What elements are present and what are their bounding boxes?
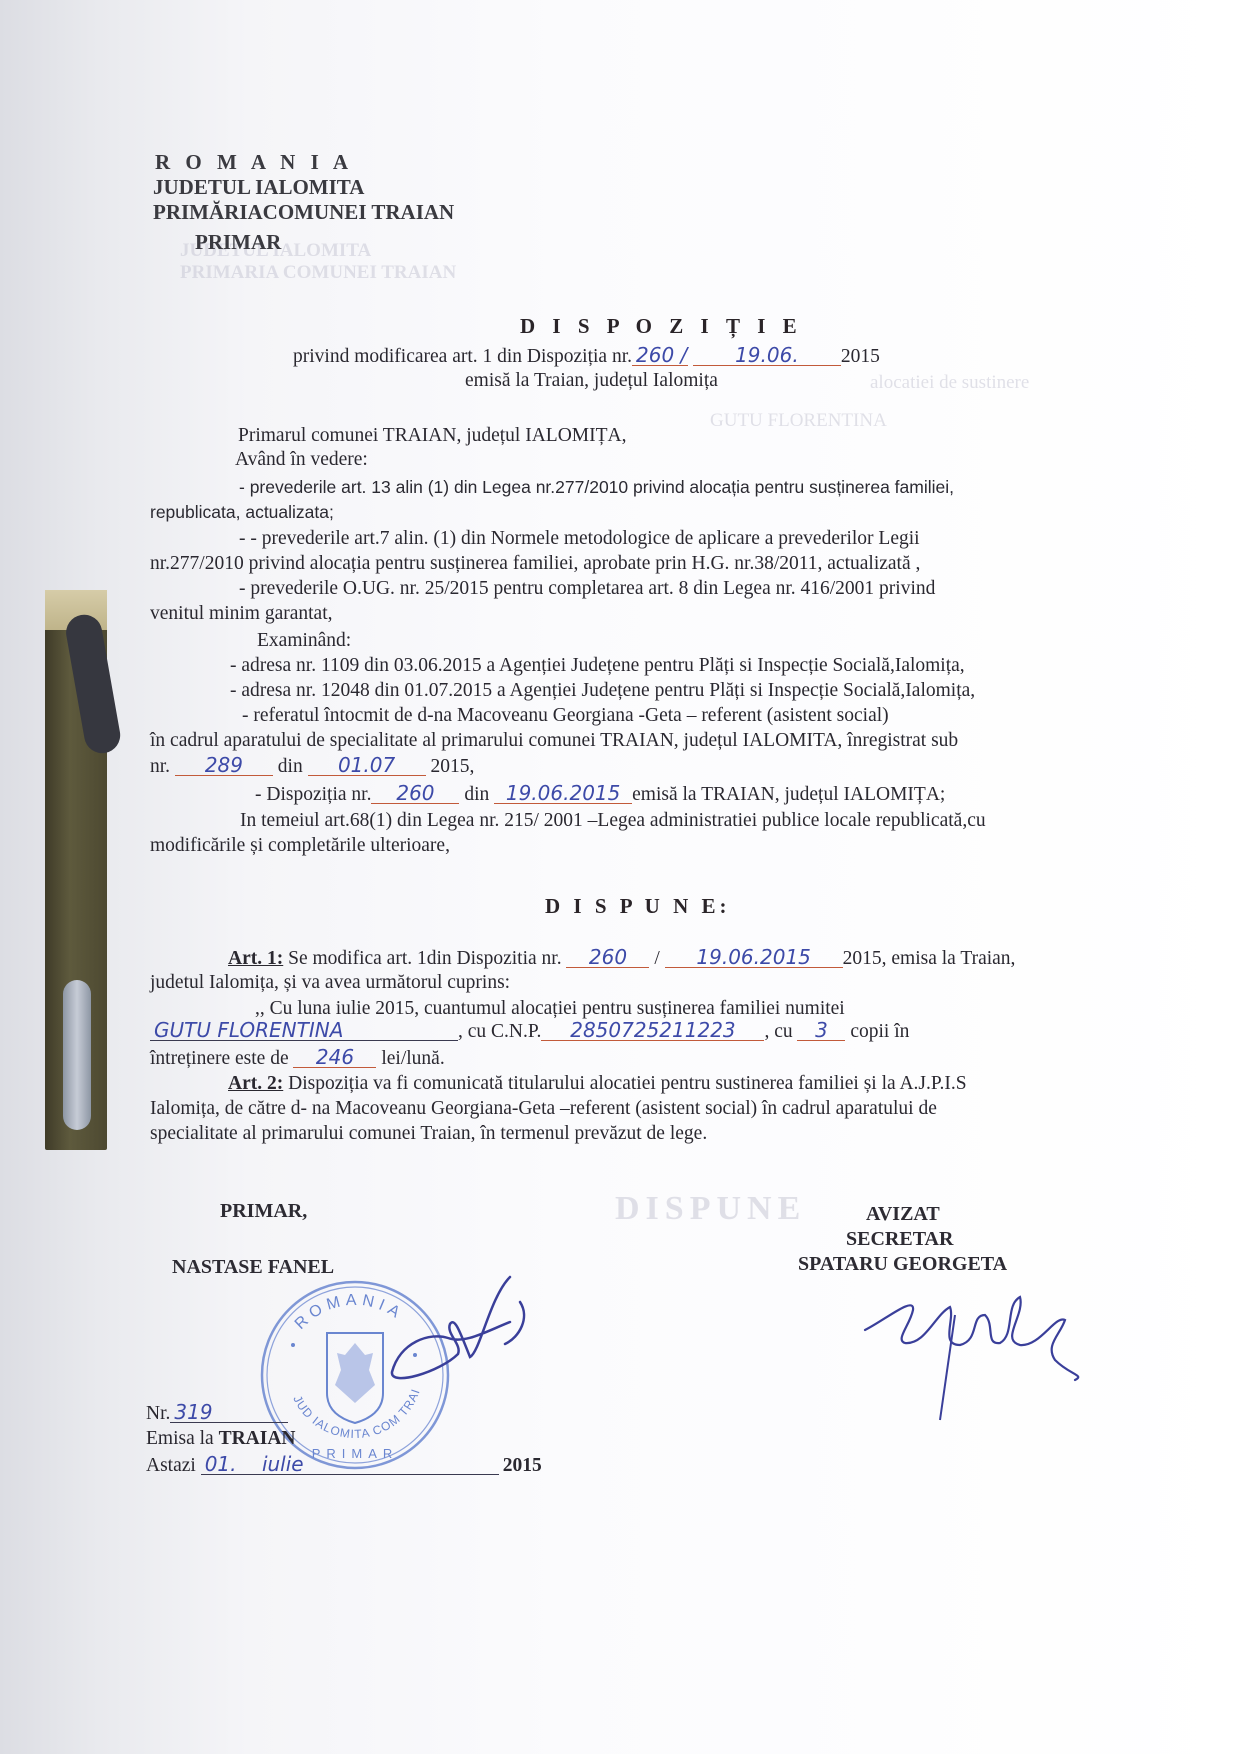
issued-place: Emisa la TRAIAN	[146, 1428, 296, 1450]
mayor-signature	[370, 1262, 540, 1402]
legal-item-2-line2: nr.277/2010 privind alocația pentru susț…	[150, 553, 920, 575]
issue-date: Astazi 01. iulie2015	[146, 1454, 542, 1477]
document-ref-1: - adresa nr. 1109 din 03.06.2015 a Agenț…	[230, 655, 965, 677]
referat-nr-label: nr.	[150, 756, 170, 777]
children-label: , cu	[764, 1021, 792, 1042]
nr-label: Nr.	[146, 1403, 170, 1424]
legal-basis-line2: modificările și completările ulterioare,	[150, 835, 450, 857]
legal-item-3-line1: - prevederile O.UG. nr. 25/2015 pentru c…	[239, 578, 935, 600]
nr-value: 319	[170, 1402, 288, 1423]
cnp-label: , cu C.N.P.	[458, 1021, 541, 1042]
allowance-amount: 246	[293, 1047, 376, 1068]
disp-label: - Dispoziția nr.	[255, 784, 371, 805]
referat-year: 2015,	[430, 756, 474, 777]
art2-label: Art. 2:	[228, 1073, 283, 1094]
subtitle-prefix: privind modificarea art. 1 din Dispoziți…	[293, 346, 632, 367]
art2-line1: Dispoziția va fi comunicată titularului …	[283, 1073, 966, 1094]
subtitle-year: 2015	[841, 346, 880, 367]
legal-item-2-line1: - - prevederile art.7 alin. (1) din Norm…	[239, 528, 920, 550]
legal-basis-line1: In temeiul art.68(1) din Legea nr. 215/ …	[240, 810, 986, 832]
article-2: Art. 2: Dispoziția va fi comunicată titu…	[228, 1073, 967, 1095]
amount-prefix: întreținere este de	[150, 1048, 289, 1069]
art2-line2: Ialomița, de către d- na Macoveanu Georg…	[150, 1098, 937, 1120]
art1-text: Se modifica art. 1din Dispozitia nr.	[283, 948, 561, 969]
considering-label: Având în vedere:	[235, 449, 368, 471]
mayor-title: PRIMAR,	[220, 1200, 307, 1223]
secretary-signature	[855, 1285, 1095, 1425]
registration-number: Nr.319	[146, 1402, 288, 1425]
header-country: R O M A N I A	[155, 150, 353, 175]
binder-clip	[45, 590, 107, 1150]
art1-quote: ,, Cu luna iulie 2015, cuantumul alocați…	[255, 998, 845, 1020]
legal-item-1-line1: - prevederile art. 13 alin (1) din Legea…	[239, 477, 954, 498]
referat-continuation: în cadrul aparatului de specialitate al …	[150, 730, 958, 752]
amount-suffix: lei/lună.	[381, 1048, 444, 1069]
bleed-through-text: GUTU FLORENTINA	[710, 410, 887, 432]
children-suffix: copii în	[850, 1021, 909, 1042]
amount-line: întreținere este de 246 lei/lună.	[150, 1047, 445, 1070]
beneficiary-cnp: 2850725211223	[541, 1020, 764, 1041]
date-label: Astazi	[146, 1455, 196, 1476]
date-day: 01.	[205, 1452, 237, 1476]
secretary-title: SECRETAR	[846, 1228, 953, 1251]
header-office: PRIMAR	[195, 230, 281, 255]
disp-number: 260	[371, 783, 459, 804]
art1-suffix: 2015, emisa la Traian,	[843, 948, 1016, 969]
mayor-line: Primarul comunei TRAIAN, județul IALOMIȚ…	[238, 425, 627, 447]
art1-number: 260	[566, 947, 649, 968]
art1-label: Art. 1:	[228, 948, 283, 969]
issued-at: emisă la Traian, județul Ialomița	[465, 370, 718, 392]
document-ref-3: - referatul întocmit de d-na Macoveanu G…	[242, 705, 889, 727]
secretary-name: SPATARU GEORGETA	[798, 1253, 1007, 1276]
date-year: 2015	[503, 1455, 542, 1476]
children-count: 3	[797, 1020, 845, 1041]
referat-date: 01.07	[308, 755, 426, 776]
bleed-through-text: DISPUNE	[615, 1190, 806, 1228]
disposition-reference: - Dispoziția nr.260 din 19.06.2015emisă …	[255, 783, 945, 806]
beneficiary-line: GUTU FLORENTINA, cu C.N.P.2850725211223,…	[150, 1020, 909, 1043]
referat-number: 289	[175, 755, 273, 776]
examining-label: Examinând:	[257, 630, 351, 652]
header-town-hall: PRIMĂRIACOMUNEI TRAIAN	[153, 200, 454, 225]
art1-line2: judetul Ialomița, și va avea următorul c…	[150, 972, 510, 994]
date-month: iulie	[262, 1452, 304, 1476]
binder-clip-slot	[63, 980, 91, 1130]
document-subtitle: privind modificarea art. 1 din Dispoziți…	[293, 345, 880, 368]
beneficiary-name: GUTU FLORENTINA	[150, 1020, 458, 1041]
document-title: D I S P O Z I Ț I E	[520, 314, 803, 339]
disp-din-label: din	[464, 784, 489, 805]
bleed-through-text: alocatiei de sustinere	[870, 372, 1029, 394]
article-1: Art. 1: Se modifica art. 1din Dispozitia…	[228, 947, 1015, 970]
issued-place-value: TRAIAN	[219, 1428, 296, 1449]
disp-date: 19.06.2015	[494, 783, 632, 804]
decision-heading: D I S P U N E:	[545, 894, 731, 919]
binder-clip-tab	[63, 612, 123, 756]
subtitle-number: 260 /	[632, 345, 688, 366]
referat-din-label: din	[278, 756, 303, 777]
issued-label: Emisa la	[146, 1428, 219, 1449]
referat-registration: nr. 289 din 01.07 2015,	[150, 755, 474, 778]
endorse-label: AVIZAT	[866, 1203, 940, 1226]
subtitle-date: 19.06.	[693, 345, 841, 366]
disp-suffix: emisă la TRAIAN, județul IALOMIȚA;	[632, 784, 945, 805]
art2-line3: specialitate al primarului comunei Traia…	[150, 1123, 707, 1145]
document-ref-2: - adresa nr. 12048 din 01.07.2015 a Agen…	[230, 680, 975, 702]
legal-item-1-line2: republicata, actualizata;	[150, 502, 334, 523]
header-county: JUDETUL IALOMITA	[153, 175, 364, 200]
date-value: 01. iulie	[201, 1454, 499, 1475]
legal-item-3-line2: venitul minim garantat,	[150, 603, 333, 625]
bleed-through-text: PRIMARIA COMUNEI TRAIAN	[180, 262, 456, 284]
art1-date: 19.06.2015	[665, 947, 843, 968]
